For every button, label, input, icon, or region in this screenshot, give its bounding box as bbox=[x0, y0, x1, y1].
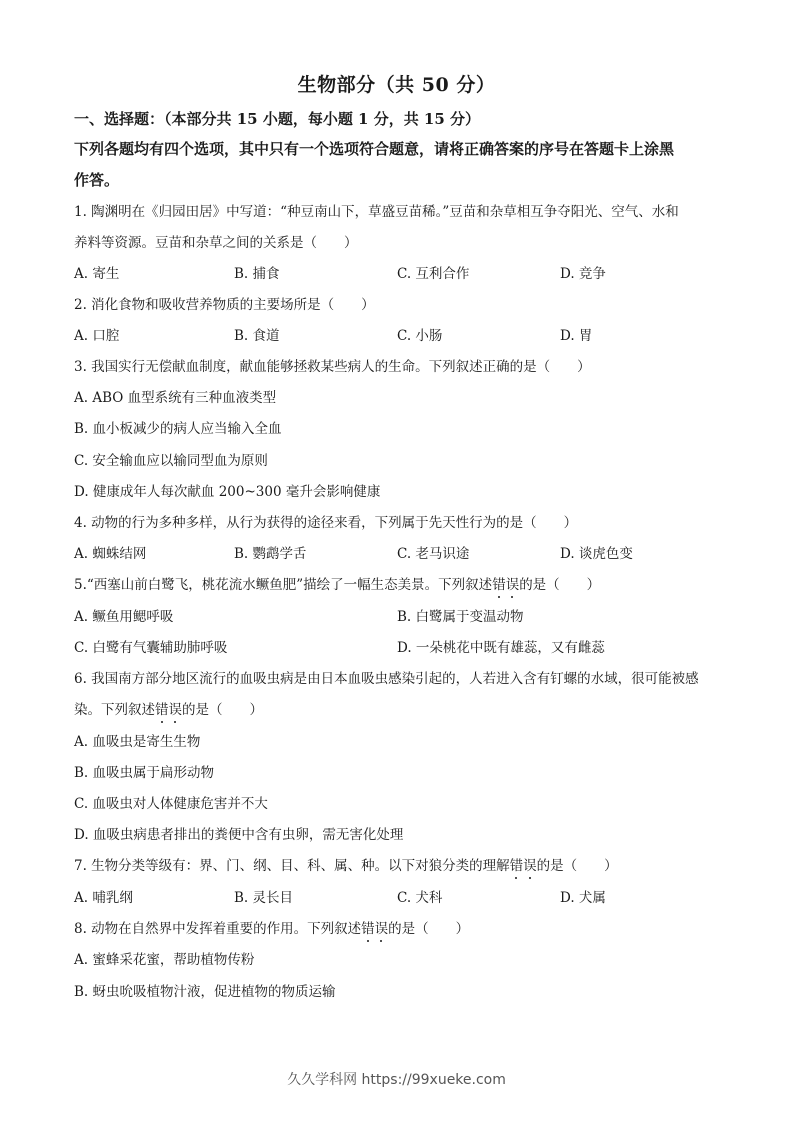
question-4-option-c[interactable]: C. 老马识途 bbox=[397, 545, 469, 563]
question-5-option-b[interactable]: B. 白鹭属于变温动物 bbox=[397, 608, 524, 626]
question-6-option-b[interactable]: B. 血吸虫属于扁形动物 bbox=[74, 764, 214, 782]
question-4-option-d[interactable]: D. 谈虎色变 bbox=[560, 545, 633, 563]
question-7-stem-prefix: 7. 生物分类等级有：界、门、纲、目、科、属、种。以下对狼分类的理解 bbox=[74, 858, 510, 874]
page-title: 生物部分（共 50 分） bbox=[0, 70, 793, 97]
question-5-stem: 5.“西塞山前白鹭飞，桃花流水鳜鱼肥”描绘了一幅生态美景。下列叙述错误的是（ ） bbox=[74, 576, 600, 594]
question-8-stem-prefix: 8. 动物在自然界中发挥着重要的作用。下列叙述 bbox=[74, 921, 361, 937]
question-4-option-b[interactable]: B. 鹦鹉学舌 bbox=[234, 545, 307, 563]
question-2-option-c[interactable]: C. 小肠 bbox=[397, 327, 442, 345]
emphasis-char: 误 bbox=[523, 858, 537, 874]
question-7-option-b[interactable]: B. 灵长目 bbox=[234, 889, 293, 907]
question-5-option-d[interactable]: D. 一朵桃花中既有雄蕊，又有雌蕊 bbox=[397, 639, 605, 657]
question-4-option-a[interactable]: A. 蜘蛛结网 bbox=[74, 545, 146, 563]
question-3-stem: 3. 我国实行无偿献血制度，献血能够拯救某些病人的生命。下列叙述正确的是（ ） bbox=[74, 358, 591, 376]
question-7-option-c[interactable]: C. 犬科 bbox=[397, 889, 442, 907]
emphasis-char: 误 bbox=[375, 921, 389, 937]
question-2-option-b[interactable]: B. 食道 bbox=[234, 327, 280, 345]
question-3-option-c[interactable]: C. 安全输血应以输同型血为原则 bbox=[74, 452, 268, 470]
emphasis-char: 错 bbox=[155, 702, 169, 718]
question-7-option-a[interactable]: A. 哺乳纲 bbox=[74, 889, 133, 907]
question-6-stem-line-1: 6. 我国南方部分地区流行的血吸虫病是由日本血吸虫感染引起的，人若进入含有钉螺的… bbox=[74, 670, 699, 688]
emphasis-char: 错 bbox=[510, 858, 524, 874]
question-5-stem-suffix: 的是（ ） bbox=[519, 577, 600, 593]
question-2-option-d[interactable]: D. 胃 bbox=[560, 327, 592, 345]
question-6-option-d[interactable]: D. 血吸虫病患者排出的粪便中含有虫卵，需无害化处理 bbox=[74, 826, 403, 844]
emphasis-char: 误 bbox=[169, 702, 183, 718]
question-5-option-c[interactable]: C. 白鹭有气囊辅助肺呼吸 bbox=[74, 639, 227, 657]
watermark-footer: 久久学科网 https://99xueke.com bbox=[0, 1069, 793, 1089]
question-1-option-a[interactable]: A. 寄生 bbox=[74, 265, 119, 283]
question-6-option-c[interactable]: C. 血吸虫对人体健康危害并不大 bbox=[74, 795, 268, 813]
document-page: 生物部分（共 50 分） 一、选择题：（本部分共 15 小题，每小题 1 分，共… bbox=[0, 0, 793, 1122]
question-1-option-b[interactable]: B. 捕食 bbox=[234, 265, 280, 283]
emphasis-char: 错 bbox=[361, 921, 375, 937]
question-7-stem-suffix: 的是（ ） bbox=[537, 858, 618, 874]
emphasis-char: 错 bbox=[492, 577, 506, 593]
instruction-line-1: 下列各题均有四个选项，其中只有一个选项符合题意，请将正确答案的序号在答题卡上涂黑 bbox=[74, 140, 674, 158]
question-7-option-d[interactable]: D. 犬属 bbox=[560, 889, 606, 907]
question-6-stem-prefix: 染。下列叙述 bbox=[74, 702, 155, 718]
question-5-stem-prefix: 5.“西塞山前白鹭飞，桃花流水鳜鱼肥”描绘了一幅生态美景。下列叙述 bbox=[74, 577, 492, 593]
question-8-stem-suffix: 的是（ ） bbox=[388, 921, 469, 937]
question-1-option-d[interactable]: D. 竞争 bbox=[560, 265, 606, 283]
question-6-option-a[interactable]: A. 血吸虫是寄生生物 bbox=[74, 733, 200, 751]
question-2-stem: 2. 消化食物和吸收营养物质的主要场所是（ ） bbox=[74, 296, 375, 314]
question-4-stem: 4. 动物的行为多种多样，从行为获得的途径来看，下列属于先天性行为的是（ ） bbox=[74, 514, 577, 532]
question-8-option-b[interactable]: B. 蚜虫吮吸植物汁液，促进植物的物质运输 bbox=[74, 983, 336, 1001]
question-6-stem-suffix: 的是（ ） bbox=[182, 702, 263, 718]
question-1-option-c[interactable]: C. 互利合作 bbox=[397, 265, 469, 283]
question-1-stem-line-1: 1. 陶渊明在《归园田居》中写道：“种豆南山下，草盛豆苗稀。”豆苗和杂草相互争夺… bbox=[74, 203, 679, 221]
section-heading: 一、选择题：（本部分共 15 小题，每小题 1 分，共 15 分） bbox=[74, 110, 480, 128]
question-8-stem: 8. 动物在自然界中发挥着重要的作用。下列叙述错误的是（ ） bbox=[74, 920, 469, 938]
question-5-option-a[interactable]: A. 鳜鱼用鳃呼吸 bbox=[74, 608, 173, 626]
question-7-stem: 7. 生物分类等级有：界、门、纲、目、科、属、种。以下对狼分类的理解错误的是（ … bbox=[74, 857, 618, 875]
question-6-stem-line-2: 染。下列叙述错误的是（ ） bbox=[74, 701, 263, 719]
question-3-option-d[interactable]: D. 健康成年人每次献血 200~300 毫升会影响健康 bbox=[74, 483, 380, 501]
question-3-option-a[interactable]: A. ABO 血型系统有三种血液类型 bbox=[74, 389, 276, 407]
instruction-line-2: 作答。 bbox=[74, 171, 119, 189]
question-1-stem-line-2: 养料等资源。豆苗和杂草之间的关系是（ ） bbox=[74, 234, 358, 252]
question-2-option-a[interactable]: A. 口腔 bbox=[74, 327, 119, 345]
question-8-option-a[interactable]: A. 蜜蜂采花蜜，帮助植物传粉 bbox=[74, 951, 254, 969]
question-3-option-b[interactable]: B. 血小板减少的病人应当输入全血 bbox=[74, 420, 282, 438]
emphasis-char: 误 bbox=[506, 577, 520, 593]
